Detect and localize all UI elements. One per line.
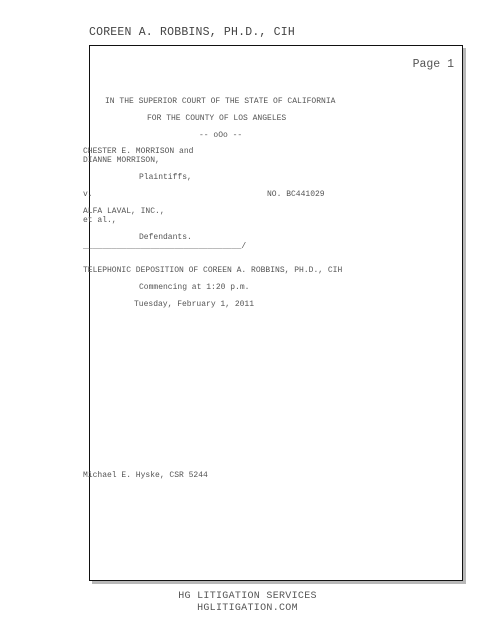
separator: -- oOo -- xyxy=(199,131,242,140)
plaintiffs-label: Plaintiffs, xyxy=(139,173,192,182)
caption-rule: _________________________________/ xyxy=(83,242,246,251)
court-line-2: FOR THE COUNTY OF LOS ANGELES xyxy=(147,114,286,123)
versus: v. xyxy=(83,190,93,199)
defendant-name-1: ALFA LAVAL, INC., xyxy=(83,207,165,216)
court-reporter: Michael E. Hyske, CSR 5244 xyxy=(83,471,208,480)
court-line-1: IN THE SUPERIOR COURT OF THE STATE OF CA… xyxy=(105,97,335,106)
footer-company: HG LITIGATION SERVICES xyxy=(0,591,495,603)
plaintiff-name-1: CHESTER E. MORRISON and xyxy=(83,147,193,156)
defendants-label: Defendants. xyxy=(139,233,192,242)
commencing-time: Commencing at 1:20 p.m. xyxy=(139,283,249,292)
defendant-name-2: et al., xyxy=(83,216,117,225)
deposition-date: Tuesday, February 1, 2011 xyxy=(134,300,254,309)
page-number: Page 1 xyxy=(413,58,454,71)
plaintiff-name-2: DIANNE MORRISON, xyxy=(83,156,160,165)
case-number: NO. BC441029 xyxy=(267,190,325,199)
footer-website: HGLITIGATION.COM xyxy=(0,603,495,615)
transcript-page: Page 1 IN THE SUPERIOR COURT OF THE STAT… xyxy=(89,45,463,581)
running-header: COREEN A. ROBBINS, PH.D., CIH xyxy=(89,26,295,39)
deposition-title: TELEPHONIC DEPOSITION OF COREEN A. ROBBI… xyxy=(83,266,342,275)
